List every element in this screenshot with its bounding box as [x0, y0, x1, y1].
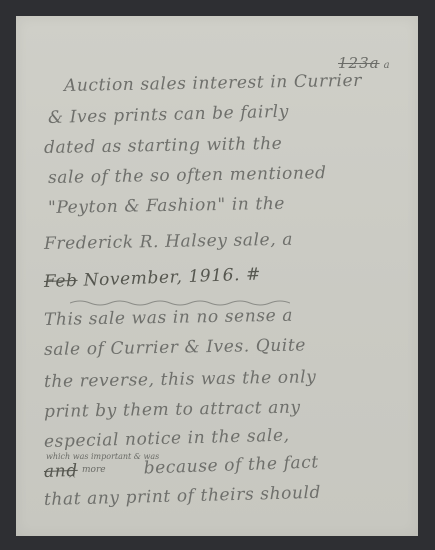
struck-word-feb: Feb: [44, 271, 78, 292]
page-number-suffix: a: [384, 60, 391, 71]
insertion-gap: [84, 474, 138, 476]
insertion-mark: #: [246, 264, 262, 285]
page-number: 123aa: [338, 54, 391, 72]
manuscript-line-5: "Peyton & Fashion" in the: [48, 194, 285, 218]
manuscript-line-3: dated as starting with the: [44, 134, 283, 158]
struck-word-and: and: [44, 461, 78, 482]
page-number-struck: 123a: [338, 54, 380, 72]
